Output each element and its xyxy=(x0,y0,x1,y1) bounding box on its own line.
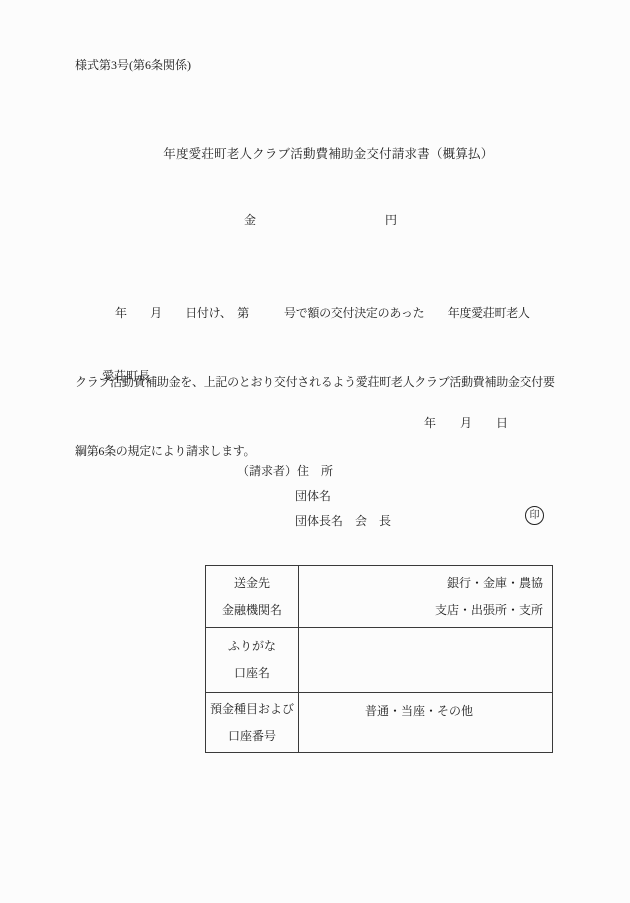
table-value-line: 支店・出張所・支所 xyxy=(299,597,543,624)
table-value-line: 銀行・金庫・農協 xyxy=(299,570,543,597)
requester-address-line: （請求者）住 所 xyxy=(237,462,333,479)
amount-kin-label: 金 xyxy=(244,211,256,228)
remittance-bank-header-cell: 送金先 金融機関名 xyxy=(206,566,299,628)
account-type-value-cell: 普通・当座・その他 xyxy=(299,693,553,753)
bank-transfer-table: 送金先 金融機関名 銀行・金庫・農協 支店・出張所・支所 ふりがな 口座名 預金… xyxy=(205,565,553,753)
seal-mark-icon: 印 xyxy=(525,506,544,525)
requester-organization-line: 団体名 xyxy=(295,487,331,504)
date-line: 年 月 日 xyxy=(424,414,508,431)
table-row-account-name: ふりがな 口座名 xyxy=(206,628,553,693)
request-paragraph-line-1: 年 月 日付け、 第 号で額の交付決定のあった 年度愛荘町老人 xyxy=(75,302,570,325)
form-number: 様式第3号(第6条関係) xyxy=(75,56,191,73)
amount-yen-label: 円 xyxy=(385,211,397,228)
table-header-line: 送金先 xyxy=(206,570,298,597)
request-paragraph-line-3: 綱第6条の規定により請求します。 xyxy=(75,440,570,463)
table-row-remittance-bank: 送金先 金融機関名 銀行・金庫・農協 支店・出張所・支所 xyxy=(206,566,553,628)
requester-chairman-line: 団体長名 会 長 xyxy=(295,512,391,529)
remittance-bank-value-cell: 銀行・金庫・農協 支店・出張所・支所 xyxy=(299,566,553,628)
table-row-account-type-number: 預金種目および 口座番号 普通・当座・その他 xyxy=(206,693,553,753)
document-page: 様式第3号(第6条関係) 年度愛荘町老人クラブ活動費補助金交付請求書（概算払） … xyxy=(0,0,630,903)
account-name-header-cell: ふりがな 口座名 xyxy=(206,628,299,693)
table-header-line: 口座名 xyxy=(206,660,298,687)
page-title: 年度愛荘町老人クラブ活動費補助金交付請求書（概算払） xyxy=(0,144,630,162)
table-header-line: 金融機関名 xyxy=(206,597,298,624)
table-header-line: ふりがな xyxy=(206,633,298,660)
account-type-header-cell: 預金種目および 口座番号 xyxy=(206,693,299,753)
table-header-line: 口座番号 xyxy=(206,723,298,750)
table-value-line: 普通・当座・その他 xyxy=(365,698,552,725)
table-header-line: 預金種目および xyxy=(206,696,298,723)
account-name-value-cell xyxy=(299,628,553,693)
addressee-mayor-label: 愛荘町長 xyxy=(102,367,150,384)
